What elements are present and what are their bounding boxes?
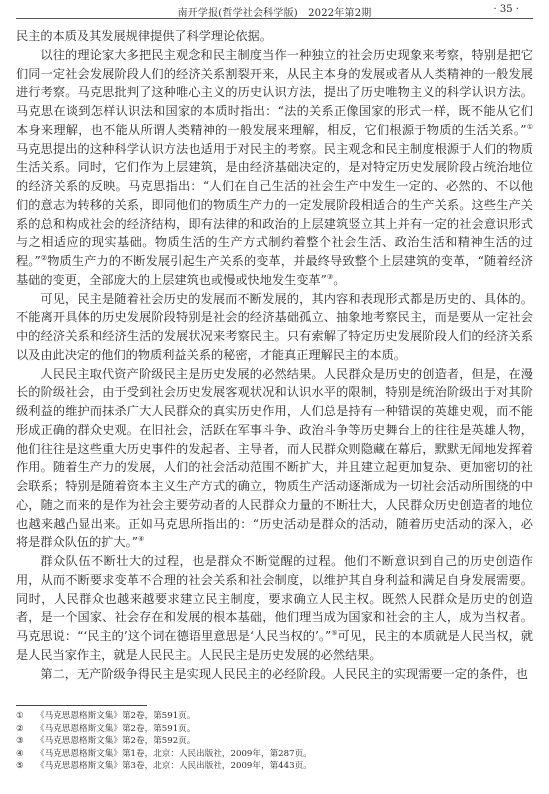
footnote-mark: ③ [16,735,36,748]
paragraph-text: 民主的本质及其发展规律提供了科学理论依据。 [16,29,272,43]
footnote: ③《马克思恩格斯文集》第2卷，第592页。 [16,735,312,748]
page-number: · 35 · [494,4,519,15]
footnote-ref[interactable]: ① [526,123,533,131]
paragraph: 人民民主取代资产阶级民主是历史发展的必然结果。人民群众是历史的创造者，但是，在漫… [16,365,533,553]
footnote: ②《马克思恩格斯文集》第2卷，第591页。 [16,723,312,736]
paragraph: 第二，无产阶级争得民主是实现人民民主的必经阶段。人民民主的实现需要一定的条件，也 [16,665,533,684]
footnote: ④《马克思恩格斯文集》第1卷，北京：人民出版社，2009年，第287页。 [16,748,312,761]
paragraph: 群众队伍不断壮大的过程，也是群众不断觉醒的过程。他们不断意识到自己的历史创造作用… [16,552,533,665]
paragraph-text: 人民民主取代资产阶级民主是历史发展的必然结果。人民群众是历史的创造者，但是，在漫… [16,367,533,550]
footnote-text: 《马克思恩格斯文集》第3卷，北京：人民出版社，2009年，第443页。 [36,761,312,771]
paragraph: 以往的理论家大多把民主观念和民主制度当作一种独立的社会历史现象来考察，特别是把它… [16,46,533,290]
footnote-mark: ① [16,710,36,723]
footnote: ⑤《马克思恩格斯文集》第3卷，北京：人民出版社，2009年，第443页。 [16,760,312,773]
footnote-mark: ② [16,723,36,736]
paragraph-text: 物质生产力的不断发展引起生产关系的变革，并最终导致整个上层建筑的变革，“随着经济… [16,254,533,287]
footnotes: ①《马克思恩格斯文集》第2卷，第591页。 ②《马克思恩格斯文集》第2卷，第59… [16,710,312,773]
paragraph-text: 。 [333,273,345,287]
footnote-mark: ④ [16,748,36,761]
footnote-text: 《马克思恩格斯文集》第2卷，第592页。 [36,736,195,746]
running-header: 南开学报(哲学社会科学版) 2022年第2期 · 35 · [16,3,533,19]
footnote-text: 《马克思恩格斯文集》第2卷，第591页。 [36,724,195,734]
paragraph-text: 以往的理论家大多把民主观念和民主制度当作一种独立的社会历史现象来考察，特别是把它… [16,48,533,137]
article-body: 民主的本质及其发展规律提供了科学理论依据。 以往的理论家大多把民主观念和民主制度… [16,27,533,683]
paragraph: 可见，民主是随着社会历史的发展而不断发展的，其内容和表现形式都是历史的、具体的。… [16,290,533,365]
paragraph-text: 马克思提出的这种科学认识方法也适用于对民主的考察。民主观念和民主制度根源于人们的… [16,142,533,269]
footnote-text: 《马克思恩格斯文集》第1卷，北京：人民出版社，2009年，第287页。 [36,749,312,759]
footnote-ref[interactable]: ④ [138,535,144,543]
paragraph: 民主的本质及其发展规律提供了科学理论依据。 [16,27,533,46]
footnote-mark: ⑤ [16,760,36,773]
footnote-divider [16,705,147,706]
footnote: ①《马克思恩格斯文集》第2卷，第591页。 [16,710,312,723]
paragraph-text: 可见，民主是随着社会历史的发展而不断发展的，其内容和表现形式都是历史的、具体的。… [16,292,533,362]
footnote-text: 《马克思恩格斯文集》第2卷，第591页。 [36,711,195,721]
journal-title: 南开学报(哲学社会科学版) 2022年第2期 [16,4,533,19]
paragraph-text: 第二，无产阶级争得民主是实现人民民主的必经阶段。人民民主的实现需要一定的条件，也 [40,667,528,681]
